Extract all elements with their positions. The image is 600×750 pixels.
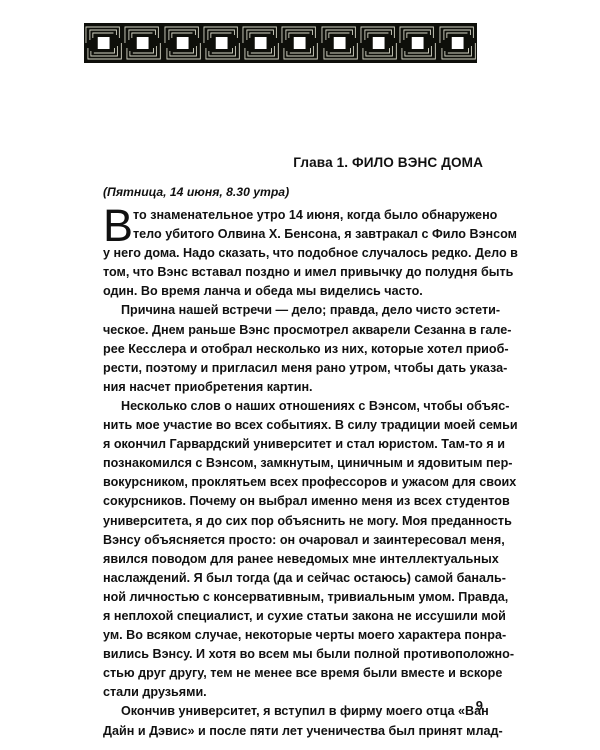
ornament-tile: [163, 23, 202, 63]
ornament-tile: [359, 23, 398, 63]
text-line: познакомился с Вэнсом, замкнутым, циничн…: [103, 454, 483, 473]
text-line: наслаждений. Я был тогда (да и сейчас ос…: [103, 569, 483, 588]
text-line: сокурсников. Почему он выбрал именно мен…: [103, 492, 483, 511]
text-line: том, что Вэнс вставал поздно и имел прив…: [103, 263, 483, 282]
text-line: рее Кесслера и отобрал несколько из них,…: [103, 340, 483, 359]
text-line: Причина нашей встречи — дело; правда, де…: [103, 301, 483, 320]
greek-key-icon: [241, 23, 280, 63]
text-line: ной личностью с консервативным, тривиаль…: [103, 588, 483, 607]
ornament-tile: [123, 23, 162, 63]
text-line: Окончив университет, я вступил в фирму м…: [103, 702, 483, 721]
ornament-tile: [84, 23, 123, 63]
text-line: нить мое участие во всех событиях. В сил…: [103, 416, 483, 435]
text-line: ческое. Днем раньше Вэнс просмотрел аква…: [103, 321, 483, 340]
text-line: рести, поэтому и пригласил меня рано утр…: [103, 359, 483, 378]
text-line: стью друг другу, тем не менее все время …: [103, 664, 483, 683]
greek-key-icon: [280, 23, 319, 63]
dateline: (Пятница, 14 июня, 8.30 утра): [103, 185, 289, 199]
page-number: 9: [476, 698, 483, 713]
text-line: я неплохой специалист, и сухие статьи за…: [103, 607, 483, 626]
body-text: то знаменательное утро 14 июня, когда бы…: [103, 206, 483, 741]
chapter-title: Глава 1. ФИЛО ВЭНС ДОМА: [103, 155, 483, 170]
text-line: Вэнсу объясняется просто: он очаровал и …: [103, 531, 483, 550]
text-line: Дайн и Дэвис» и после пяти лет ученичест…: [103, 722, 483, 741]
text-line: явился поводом для ранее неведомых мне и…: [103, 550, 483, 569]
greek-key-icon: [84, 23, 123, 63]
ornament-tile: [438, 23, 477, 63]
text-line: ум. Во всяком случае, некоторые черты мо…: [103, 626, 483, 645]
text-line: стали друзьями.: [103, 683, 483, 702]
text-line: ния насчет приобретения картин.: [103, 378, 483, 397]
ornament-tile: [241, 23, 280, 63]
ornament-tile: [320, 23, 359, 63]
ornament-tile: [280, 23, 319, 63]
text-line: я окончил Гарвардский университет и стал…: [103, 435, 483, 454]
text-line: тело убитого Олвина Х. Бенсона, я завтра…: [103, 225, 483, 244]
greek-key-icon: [320, 23, 359, 63]
ornament-tile: [202, 23, 241, 63]
text-line: университета, я до сих пор объяснить не …: [103, 512, 483, 531]
text-line: у него дома. Надо сказать, что подобное …: [103, 244, 483, 263]
greek-key-icon: [398, 23, 437, 63]
ornament-tile: [398, 23, 437, 63]
text-line: вокурсником, проклятьем всех профессоров…: [103, 473, 483, 492]
greek-key-icon: [163, 23, 202, 63]
text-line: то знаменательное утро 14 июня, когда бы…: [103, 206, 483, 225]
text-line: вились Вэнсу. И хотя во всем мы были пол…: [103, 645, 483, 664]
greek-key-icon: [123, 23, 162, 63]
text-line: один. Во время ланча и обеда мы виделись…: [103, 282, 483, 301]
greek-key-icon: [359, 23, 398, 63]
greek-key-ornament: [84, 23, 477, 63]
text-line: Несколько слов о наших отношениях с Вэнс…: [103, 397, 483, 416]
greek-key-icon: [202, 23, 241, 63]
greek-key-icon: [438, 23, 477, 63]
